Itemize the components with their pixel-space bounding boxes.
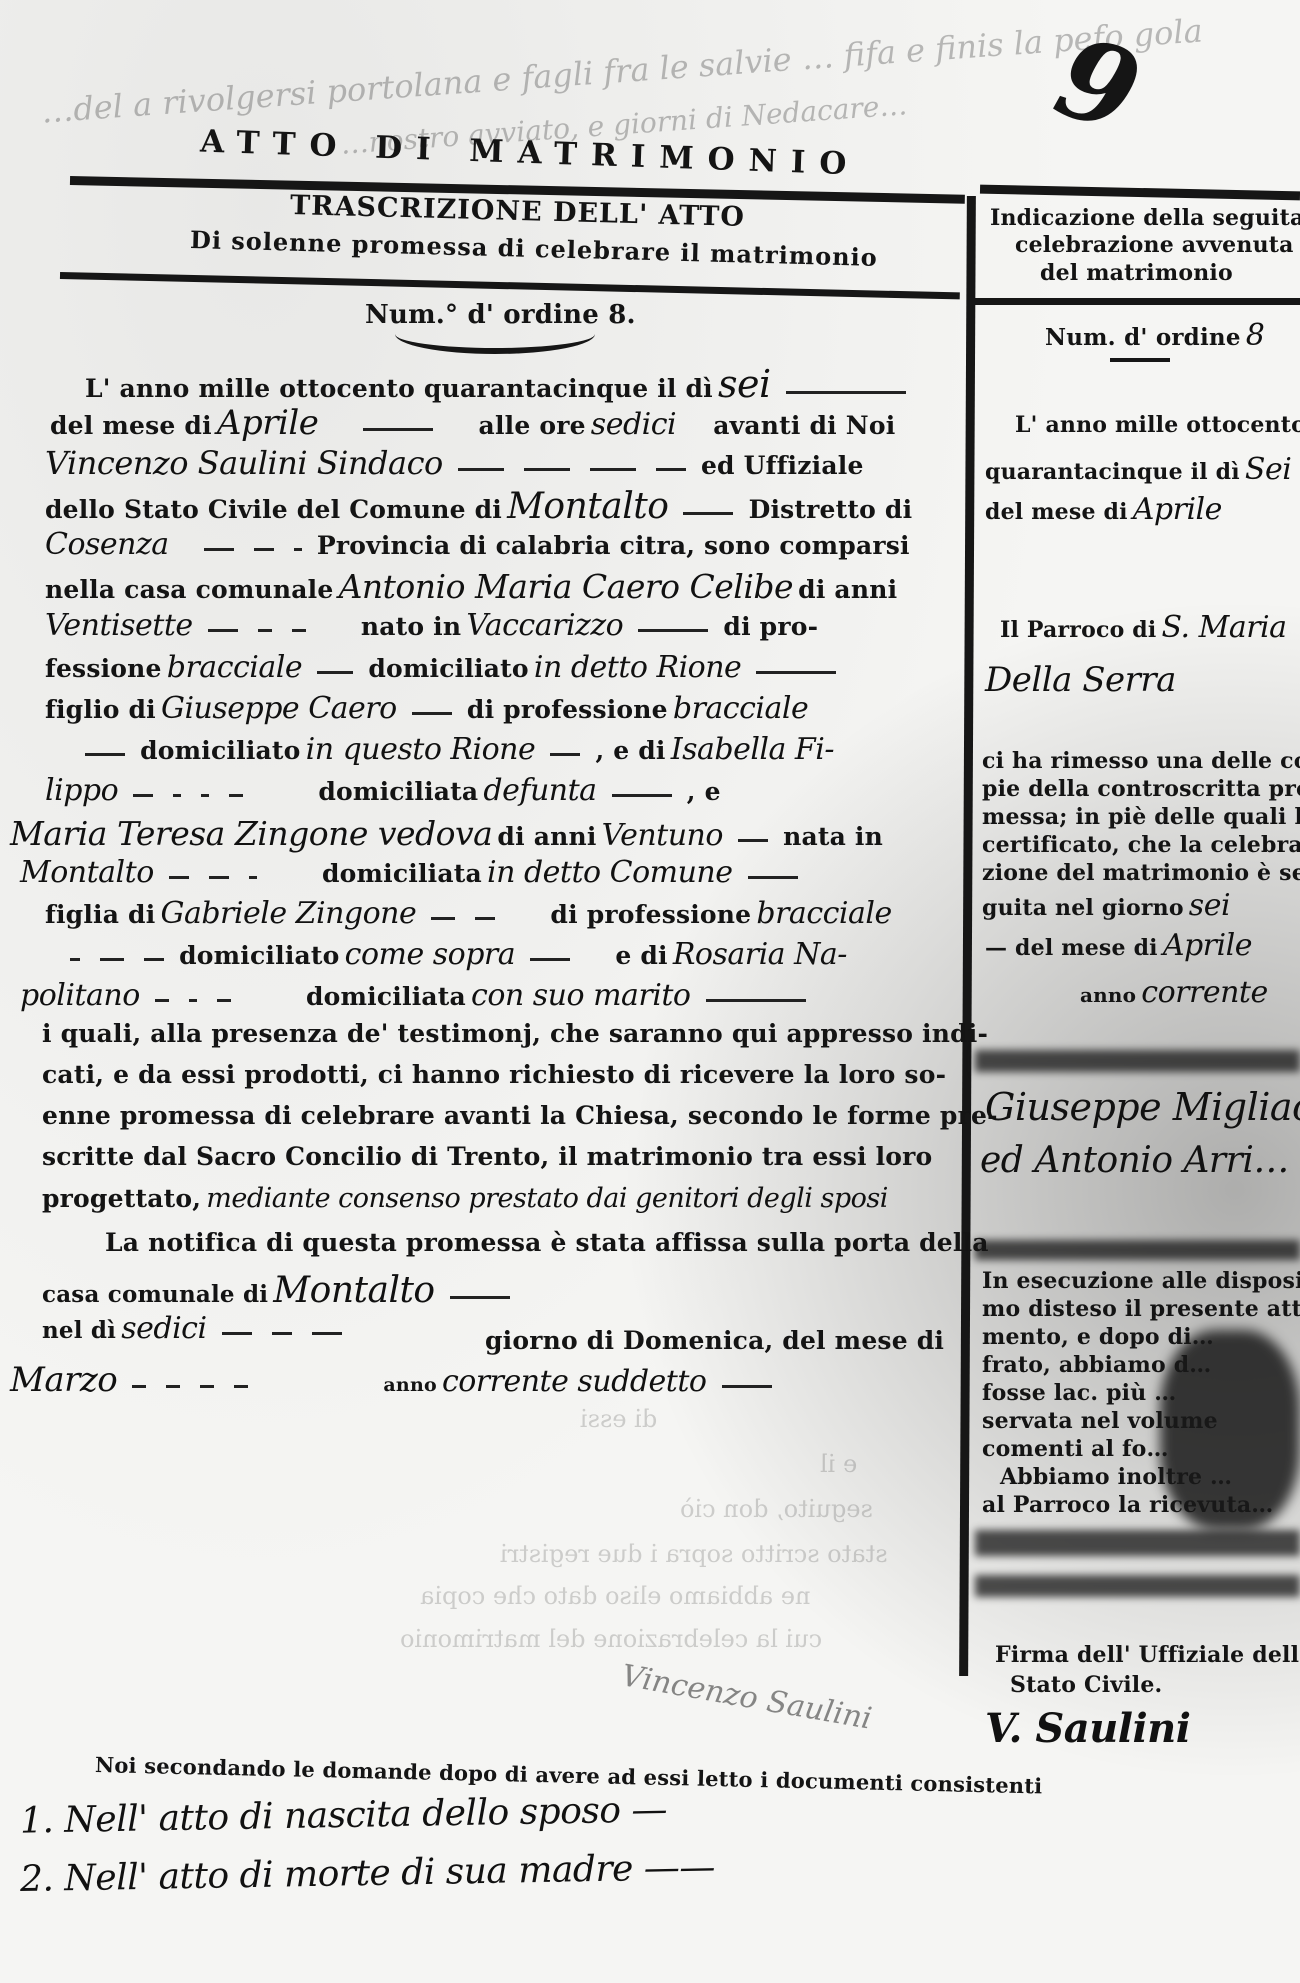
printed-text: Distretto di xyxy=(749,495,913,524)
body-line-8: fessione bracciale domiciliato in detto … xyxy=(45,650,846,685)
right-line-9: certificato, che la celebra- xyxy=(982,832,1300,858)
handwritten-day: sei xyxy=(1189,888,1230,923)
right-lower-line-3: mento, e dopo di… xyxy=(982,1324,1214,1350)
printed-text: nella casa comunale xyxy=(45,575,333,604)
right-line-1: L' anno mille ottocento xyxy=(1015,412,1300,438)
notice-line-1: La notifica di questa promessa è stata a… xyxy=(105,1228,989,1257)
notice-line-3: nel dì sedici xyxy=(42,1311,352,1346)
printed-text: nel dì xyxy=(42,1317,116,1344)
right-lower-line-5: fosse lac. più … xyxy=(982,1380,1177,1406)
degraded-band xyxy=(975,1050,1300,1072)
handwritten-bride-mother: Rosaria Na- xyxy=(673,937,847,972)
right-line-10: zione del matrimonio è se- xyxy=(982,860,1300,886)
right-line-13: anno corrente xyxy=(1080,975,1268,1010)
notice-line-2: casa comunale di Montalto xyxy=(42,1270,520,1311)
printed-text: fessione xyxy=(45,654,162,683)
body-line-20: scritte dal Sacro Concilio di Trento, il… xyxy=(42,1142,932,1171)
degraded-band xyxy=(975,1240,1300,1260)
printed-text: di professione xyxy=(550,900,751,929)
right-line-8: messa; in piè delle quali ha xyxy=(982,804,1300,830)
body-line-15: domiciliato come sopra e di Rosaria Na- xyxy=(60,937,847,972)
printed-text: Num. d' ordine xyxy=(1045,324,1241,351)
body-line-5: Cosenza Provincia di calabria citra, son… xyxy=(45,527,910,562)
right-line-3: del mese di Aprile xyxy=(985,492,1222,527)
right-line-2: quarantacinque il dì Sei xyxy=(985,452,1291,487)
handwritten-mother-status: defunta xyxy=(483,773,596,808)
handwritten-month: Aprile xyxy=(1163,928,1252,963)
handwritten-month: Aprile xyxy=(217,403,318,443)
body-line-19: enne promessa di celebrare avanti la Chi… xyxy=(42,1101,998,1130)
printed-text: alle ore xyxy=(479,411,586,440)
header-bottom-rule xyxy=(60,272,960,299)
handwritten-bride-age: Ventuno xyxy=(602,818,723,853)
body-line-18: cati, e da essi prodotti, ci hanno richi… xyxy=(42,1060,946,1089)
printed-text: progettato, xyxy=(42,1184,201,1213)
body-line-7: Ventisette nato in Vaccarizzo di pro- xyxy=(45,608,818,643)
right-header-line-2: celebrazione avvenuta xyxy=(1015,232,1294,258)
printed-text: domiciliato xyxy=(368,654,528,683)
degraded-band xyxy=(975,1575,1300,1597)
printed-text: avanti di Noi xyxy=(713,411,895,440)
body-line-17: i quali, alla presenza de' testimonj, ch… xyxy=(42,1019,988,1048)
document-list-item-1: 1. Nell' atto di nascita dello sposo — xyxy=(20,1789,668,1841)
handwritten-bride-mother-cont: politano xyxy=(20,978,140,1013)
printed-text: quarantacinque il dì xyxy=(985,459,1240,485)
handwritten-comune: Montalto xyxy=(507,486,668,527)
body-line-11: lippo domiciliata defunta , e xyxy=(45,773,721,808)
handwritten-bride-father: Gabriele Zingone xyxy=(161,896,417,931)
printed-text: di anni xyxy=(798,575,897,604)
degraded-band xyxy=(975,1530,1300,1556)
handwritten-consent-note: mediante consenso prestato dai genitori … xyxy=(206,1183,888,1214)
printed-text: , e xyxy=(687,777,721,806)
handwritten-father-profession: bracciale xyxy=(673,691,808,726)
right-line-7: pie della controscritta pro- xyxy=(982,776,1300,802)
printed-text: — del mese di xyxy=(985,935,1158,961)
handwritten-mother-name: Isabella Fi- xyxy=(671,732,834,767)
signature-label-2: Stato Civile. xyxy=(1010,1672,1162,1698)
handwritten-official-name: Vincenzo Saulini Sindaco xyxy=(45,444,443,482)
printed-text: di professione xyxy=(467,695,668,724)
handwritten-bride-mother-residence: con suo marito xyxy=(471,978,690,1013)
fill-line xyxy=(363,428,433,431)
handwritten-year: corrente xyxy=(1141,975,1267,1010)
document-list-item-2: 2. Nell' atto di morte di sua madre —— xyxy=(20,1847,716,1900)
right-lower-line-7: comenti al fo… xyxy=(982,1436,1169,1462)
printed-text: del mese di xyxy=(985,499,1128,525)
handwritten-birthplace: Vaccarizzo xyxy=(466,608,623,643)
body-line-21: progettato, mediante consenso prestato d… xyxy=(42,1183,888,1214)
handwritten-notice-year: corrente suddetto xyxy=(442,1364,707,1399)
body-line-16: politano domiciliata con suo marito xyxy=(20,978,816,1013)
handwritten-bride-father-residence: come sopra xyxy=(345,937,516,972)
handwritten-day: sei xyxy=(718,362,771,406)
right-order-underline xyxy=(1110,358,1170,362)
handwritten-day: Sei xyxy=(1245,452,1291,487)
printed-text: anno xyxy=(383,1374,436,1396)
printed-text: ed Uffiziale xyxy=(701,451,864,480)
ink-stain xyxy=(1160,1330,1300,1530)
body-line-4: dello Stato Civile del Comune di Montalt… xyxy=(45,486,912,527)
body-line-3: Vincenzo Saulini Sindaco ed Uffiziale xyxy=(45,444,864,482)
handwritten-bride-name: Maria Teresa Zingone vedova xyxy=(10,814,492,853)
handwritten-groom-age: Ventisette xyxy=(45,608,193,643)
handwritten-groom-name: Antonio Maria Caero Celibe xyxy=(339,567,793,606)
right-witness-1: Giuseppe Migliaccio xyxy=(985,1085,1300,1129)
faint-signature-left: Vincenzo Saulini xyxy=(619,1658,874,1736)
bleed-through-line: stato scritto sopra i due registri xyxy=(500,1540,888,1568)
body-line-10: domiciliato in questo Rione , e di Isabe… xyxy=(75,732,834,767)
right-witness-2: ed Antonio Arri… xyxy=(980,1140,1289,1181)
notice-line-4: giorno di Domenica, del mese di xyxy=(485,1326,944,1355)
printed-text: del mese di xyxy=(50,411,212,440)
handwritten-residence: in detto Rione xyxy=(534,650,741,685)
scanned-register-page: …del a rivolgersi portolana e fagli fra … xyxy=(0,0,1300,1983)
body-line-1: L' anno mille ottocento quarantacinque i… xyxy=(75,362,916,406)
printed-text: domiciliato xyxy=(179,941,339,970)
signature-label-1: Firma dell' Uffiziale dello xyxy=(995,1642,1300,1668)
printed-text: nata in xyxy=(783,822,883,851)
body-line-6: nella casa comunale Antonio Maria Caero … xyxy=(45,567,897,606)
printed-text: domiciliata xyxy=(306,982,466,1011)
bleed-through-line: di essi xyxy=(580,1405,657,1433)
printed-text: figlia di xyxy=(45,900,155,929)
handwritten-father-residence: in questo Rione xyxy=(306,732,536,767)
order-number-label: Num.° d' ordine 8. xyxy=(365,300,636,330)
printed-text: guita nel giorno xyxy=(982,895,1184,921)
fill-line xyxy=(786,391,906,394)
handwritten-notice-comune: Montalto xyxy=(273,1270,434,1311)
body-line-2: del mese di Aprile alle ore sedici avant… xyxy=(50,403,895,443)
printed-text: , e di xyxy=(595,736,665,765)
right-header-rule xyxy=(972,298,1300,305)
handwritten-bride-father-profession: bracciale xyxy=(756,896,891,931)
printed-text: casa comunale di xyxy=(42,1281,268,1308)
bleed-through-line: e il xyxy=(820,1450,857,1478)
right-lower-line-2: mo disteso il presente atto xyxy=(982,1296,1300,1322)
body-line-13: Montalto domiciliata in detto Comune xyxy=(20,855,808,890)
printed-text: Provincia di calabria citra, sono compar… xyxy=(317,531,910,560)
printed-text: di anni xyxy=(497,822,596,851)
bleed-through-line: ne abbiamo eliso dato che copia xyxy=(420,1582,810,1610)
handwritten-father-name: Giuseppe Caero xyxy=(161,691,397,726)
printed-text: domiciliata xyxy=(318,777,478,806)
bleed-through-line: cui la celebrazione del matrimonio xyxy=(400,1625,822,1653)
order-number-brace xyxy=(395,330,595,354)
notice-line-5: Marzo anno corrente suddetto xyxy=(10,1360,782,1400)
handwritten-bride-birthplace: Montalto xyxy=(20,855,154,890)
printed-text: e di xyxy=(615,941,667,970)
right-order-number: Num. d' ordine 8 xyxy=(1045,318,1264,353)
right-header-line-1: Indicazione della seguita xyxy=(990,205,1300,231)
printed-text: nato in xyxy=(361,612,461,641)
handwritten-district: Cosenza xyxy=(45,527,169,562)
official-signature: V. Saulini xyxy=(985,1705,1190,1752)
printed-text: Il Parroco di xyxy=(1000,617,1156,643)
section-subtitle: Di solenne promessa di celebrare il matr… xyxy=(190,225,878,272)
right-line-4: Il Parroco di S. Maria xyxy=(1000,610,1287,645)
printed-text: anno xyxy=(1080,983,1136,1007)
handwritten-parish: S. Maria xyxy=(1162,610,1287,645)
printed-text: dello Stato Civile del Comune di xyxy=(45,495,502,524)
body-line-9: figlio di Giuseppe Caero di professione … xyxy=(45,691,808,726)
handwritten-order: 8 xyxy=(1246,318,1265,353)
right-line-12: — del mese di Aprile xyxy=(985,928,1252,963)
handwritten-mother-name-cont: lippo xyxy=(45,773,118,808)
printed-text: L' anno mille ottocento quarantacinque i… xyxy=(75,374,713,403)
handwritten-profession: bracciale xyxy=(167,650,302,685)
body-line-14: figlia di Gabriele Zingone di profession… xyxy=(45,896,892,931)
handwritten-bride-residence: in detto Comune xyxy=(487,855,732,890)
right-line-5: Della Serra xyxy=(985,660,1176,700)
printed-text: domiciliata xyxy=(322,859,482,888)
bleed-through-line: seguito, don ciò xyxy=(680,1495,873,1523)
handwritten-notice-day: sedici xyxy=(121,1311,206,1346)
column-divider xyxy=(959,196,976,1676)
printed-text: figlio di xyxy=(45,695,156,724)
body-line-12: Maria Teresa Zingone vedova di anni Vent… xyxy=(10,814,883,853)
right-lower-line-1: In esecuzione alle disposi- xyxy=(982,1268,1300,1294)
printed-text: di pro- xyxy=(723,612,818,641)
right-line-11: guita nel giorno sei xyxy=(982,888,1230,923)
printed-text: domiciliato xyxy=(140,736,300,765)
handwritten-notice-month: Marzo xyxy=(10,1360,117,1400)
right-header-line-3: del matrimonio xyxy=(1040,260,1233,286)
right-line-6: ci ha rimesso una delle co- xyxy=(982,748,1300,774)
right-top-rule xyxy=(980,185,1300,201)
handwritten-hour: sedici xyxy=(591,407,676,442)
handwritten-month: Aprile xyxy=(1133,492,1222,527)
